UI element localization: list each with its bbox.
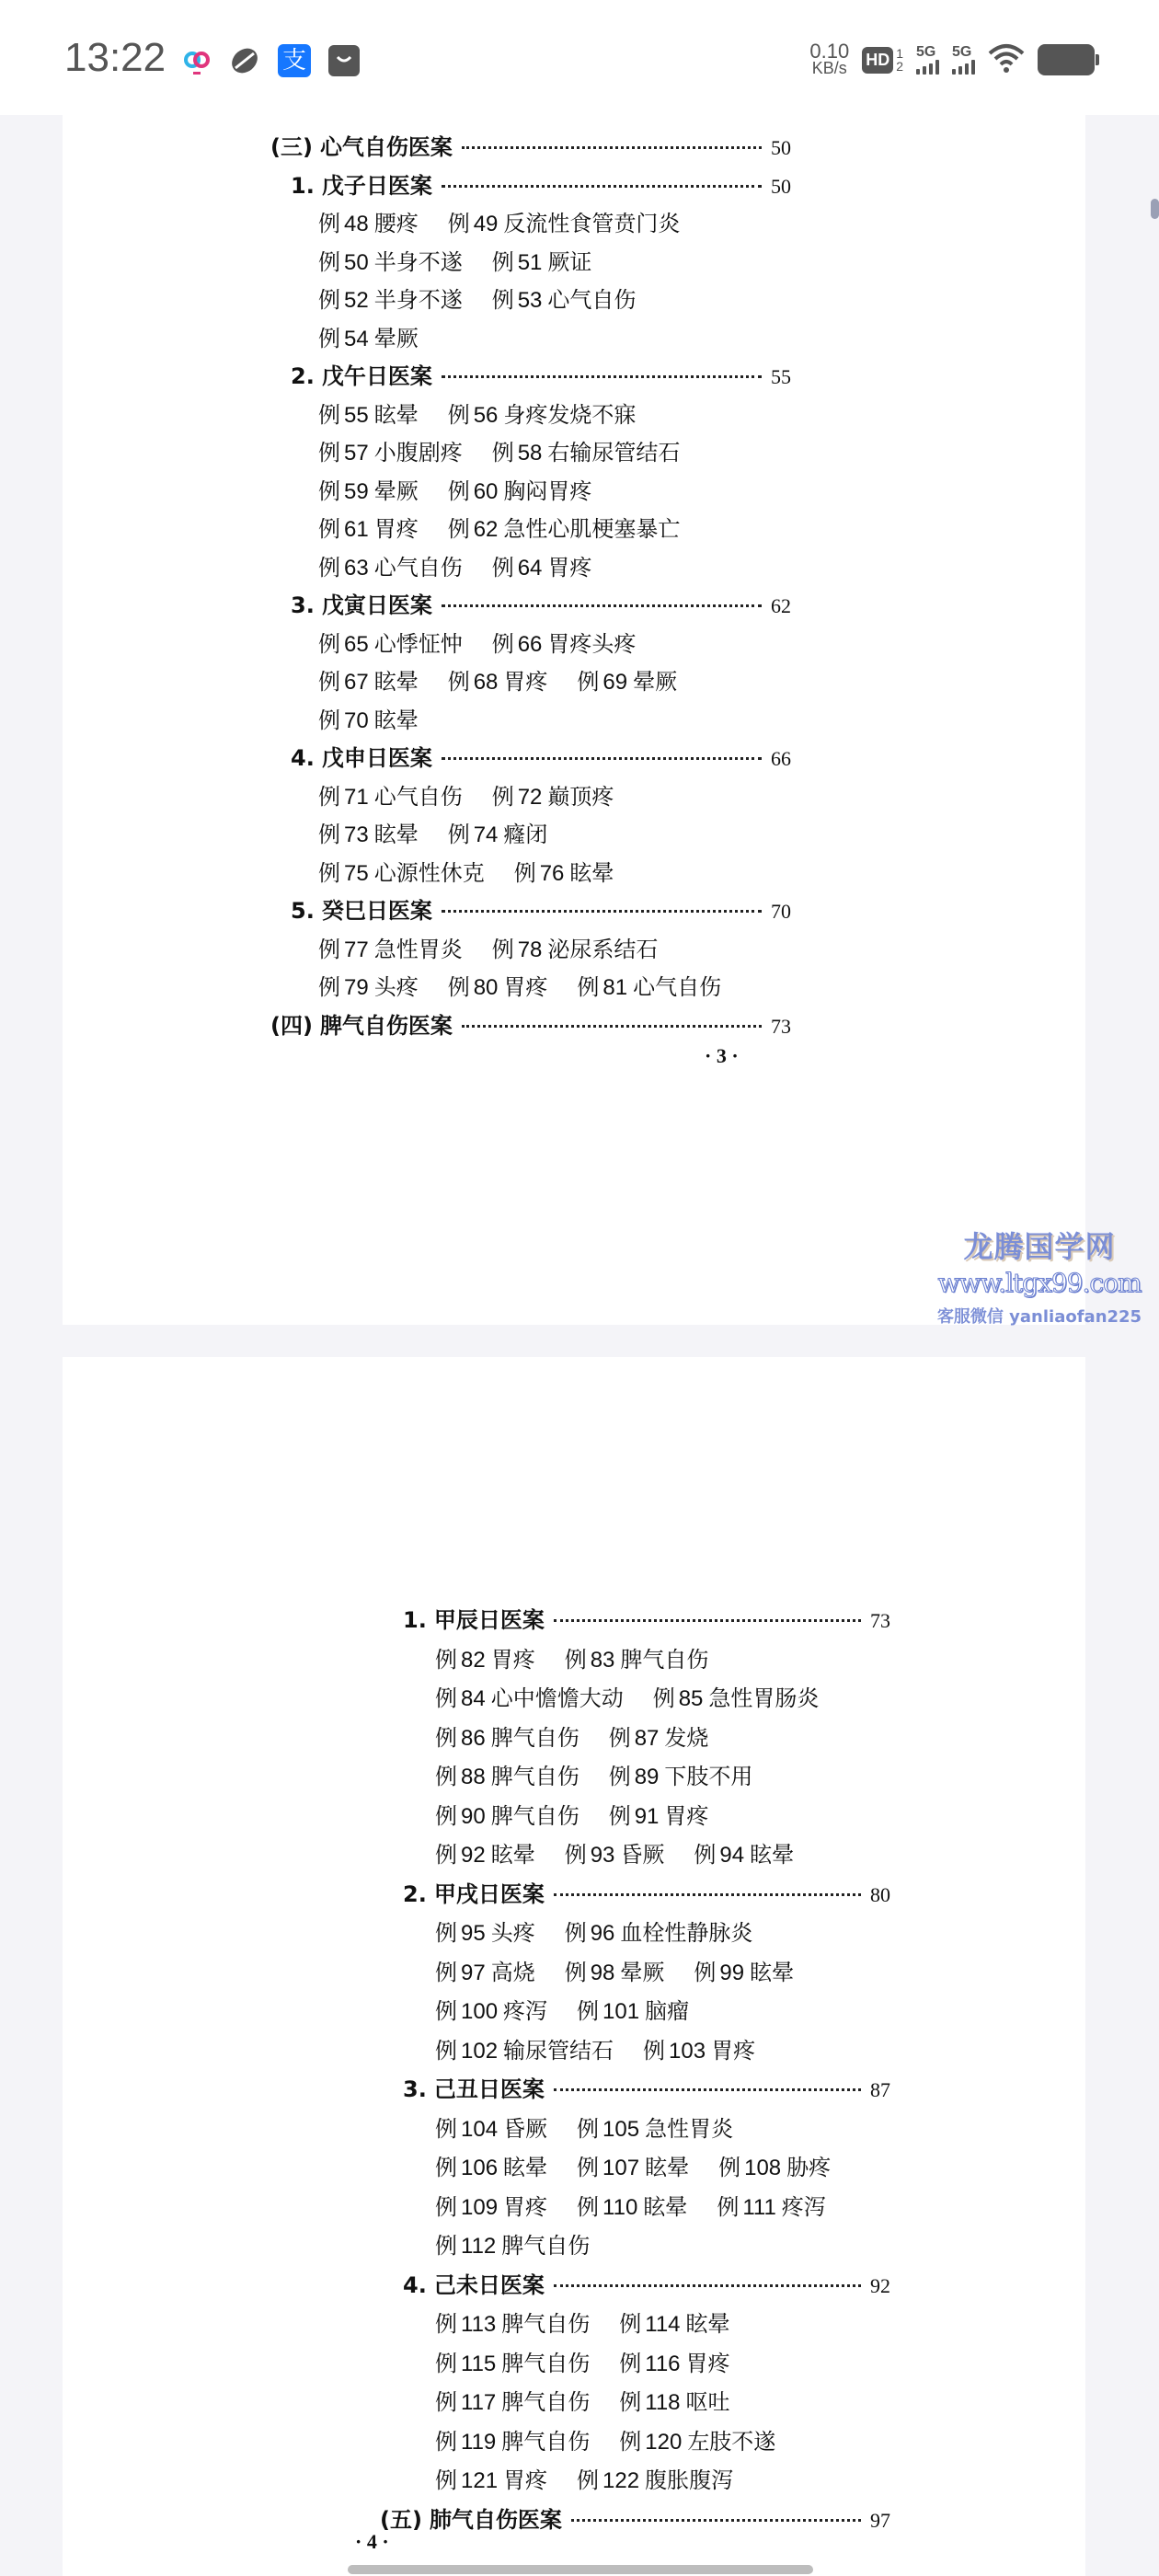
case-entry[interactable]: 例65心悸怔忡 bbox=[318, 630, 463, 659]
horizontal-scrollbar[interactable] bbox=[348, 2565, 813, 2574]
case-entry[interactable]: 例49反流性食管贲门炎 bbox=[448, 210, 681, 238]
toc-subsection-entry[interactable]: 2.甲戌日医案80 bbox=[403, 1880, 890, 1909]
page-number: · 4 · bbox=[355, 2530, 389, 2554]
dot-leader bbox=[442, 604, 762, 607]
case-entry[interactable]: 例100疼泻 bbox=[435, 1997, 547, 2026]
toc-case-line: 例92眩晕例93昏厥例94眩晕 bbox=[435, 1841, 823, 1869]
dot-leader bbox=[442, 185, 762, 188]
case-entry[interactable]: 例91胃疼 bbox=[609, 1802, 709, 1831]
dot-leader bbox=[442, 375, 762, 378]
case-entry[interactable]: 例111疼泻 bbox=[717, 2193, 825, 2222]
case-entry[interactable]: 例75心源性休克 bbox=[318, 859, 485, 888]
tool-app-icon bbox=[228, 44, 261, 77]
case-entry[interactable]: 例70眩晕 bbox=[318, 707, 419, 735]
case-entry[interactable]: 例119脾气自伤 bbox=[435, 2428, 590, 2456]
case-entry[interactable]: 例113脾气自伤 bbox=[435, 2310, 590, 2339]
case-entry[interactable]: 例53心气自伤 bbox=[492, 286, 637, 315]
toc-case-line: 例117脾气自伤例118呕吐 bbox=[435, 2388, 760, 2417]
toc-case-line: 例63心气自伤例64胃疼 bbox=[318, 554, 621, 582]
case-entry[interactable]: 例95头疼 bbox=[435, 1919, 535, 1948]
entry-number: (三) bbox=[270, 133, 313, 161]
toc-case-line: 例57小腹剧疼例58右输尿管结石 bbox=[318, 439, 709, 467]
case-entry[interactable]: 例79头疼 bbox=[318, 973, 419, 1002]
case-entry[interactable]: 例86脾气自伤 bbox=[435, 1724, 579, 1753]
toc-case-line: 例88脾气自伤例89下肢不用 bbox=[435, 1763, 782, 1791]
toc-case-line: 例71心气自伤例72巅顶疼 bbox=[318, 783, 643, 811]
entry-title: 戊申日医案 bbox=[322, 744, 432, 772]
toc-case-line: 例90脾气自伤例91胃疼 bbox=[435, 1802, 738, 1831]
case-entry[interactable]: 例61胃疼 bbox=[318, 515, 419, 544]
case-entry[interactable]: 例74癃闭 bbox=[448, 821, 548, 849]
toc-case-line: 例112脾气自伤 bbox=[435, 2232, 619, 2260]
entry-title: 甲辰日医案 bbox=[434, 1606, 545, 1634]
baidu-netdisk-icon bbox=[180, 44, 213, 77]
entry-page-number: 50 bbox=[771, 173, 791, 201]
case-entry[interactable]: 例122腹胀腹泻 bbox=[577, 2467, 733, 2495]
case-entry[interactable]: 例62急性心肌梗塞暴亡 bbox=[448, 515, 681, 544]
toc-subsection-entry[interactable]: 4.己未日医案92 bbox=[403, 2271, 890, 2300]
entry-page-number: 62 bbox=[771, 592, 791, 620]
toc-case-line: 例65心悸怔忡例66胃疼头疼 bbox=[318, 630, 665, 659]
entry-page-number: 66 bbox=[771, 745, 791, 773]
toc-subsection-entry[interactable]: 3.戊寅日医案62 bbox=[291, 592, 791, 620]
case-entry[interactable]: 例87发烧 bbox=[609, 1724, 709, 1753]
case-entry[interactable]: 例108胁疼 bbox=[718, 2154, 831, 2182]
document-page-3: (三)心气自伤医案501.戊子日医案50例48腰疼例49反流性食管贲门炎例50半… bbox=[63, 115, 1085, 1325]
entry-title: 肺气自伤医案 bbox=[430, 2506, 562, 2534]
case-entry[interactable]: 例110眩晕 bbox=[577, 2193, 687, 2222]
dot-leader bbox=[571, 2519, 861, 2522]
case-entry[interactable]: 例88脾气自伤 bbox=[435, 1763, 579, 1791]
toc-case-line: 例75心源性休克例76眩晕 bbox=[318, 859, 643, 888]
document-page-4: 1.甲辰日医案73例82胃疼例83脾气自伤例84心中憺憺大动例85急性胃肠炎例8… bbox=[63, 1357, 1085, 2576]
toc-case-line: 例102输尿管结石例103胃疼 bbox=[435, 2037, 785, 2065]
entry-number: 3. bbox=[403, 2076, 427, 2103]
toc-case-line: 例106眩晕例107眩晕例108胁疼 bbox=[435, 2154, 860, 2182]
toc-case-line: 例86脾气自伤例87发烧 bbox=[435, 1724, 738, 1753]
watermark-contact: 客服微信 yanliaofan225 bbox=[920, 1304, 1159, 1328]
case-entry[interactable]: 例102输尿管结石 bbox=[435, 2037, 614, 2065]
case-entry[interactable]: 例118呕吐 bbox=[619, 2388, 729, 2417]
toc-subsection-entry[interactable]: 4.戊申日医案66 bbox=[291, 744, 791, 773]
case-entry[interactable]: 例93昏厥 bbox=[565, 1841, 665, 1869]
dot-leader bbox=[462, 146, 762, 149]
case-entry[interactable]: 例115脾气自伤 bbox=[435, 2350, 590, 2378]
entry-title: 心气自伤医案 bbox=[320, 133, 453, 161]
case-entry[interactable]: 例90脾气自伤 bbox=[435, 1802, 579, 1831]
case-entry[interactable]: 例54晕厥 bbox=[318, 325, 419, 353]
toc-section-entry[interactable]: (五)肺气自伤医案97 bbox=[380, 2506, 890, 2535]
entry-title: 戊子日医案 bbox=[322, 172, 432, 200]
entry-page-number: 55 bbox=[771, 363, 791, 391]
case-entry[interactable]: 例81心气自伤 bbox=[577, 973, 721, 1002]
watermark-url: www.ltgx99.com bbox=[920, 1268, 1159, 1298]
case-entry[interactable]: 例107眩晕 bbox=[577, 2154, 689, 2182]
entry-number: 4. bbox=[291, 744, 315, 772]
toc-case-line: 例113脾气自伤例114眩晕 bbox=[435, 2310, 760, 2339]
case-entry[interactable]: 例51厥证 bbox=[492, 248, 592, 277]
case-entry[interactable]: 例99眩晕 bbox=[694, 1959, 794, 1987]
toc-subsection-entry[interactable]: 3.己丑日医案87 bbox=[403, 2076, 890, 2104]
case-entry[interactable]: 例101脑瘤 bbox=[577, 1997, 689, 2026]
entry-number: (五) bbox=[380, 2506, 422, 2534]
case-entry[interactable]: 例83脾气自伤 bbox=[565, 1646, 709, 1674]
entry-page-number: 87 bbox=[870, 2076, 890, 2104]
entry-title: 脾气自伤医案 bbox=[320, 1012, 453, 1040]
case-entry[interactable]: 例66胃疼头疼 bbox=[492, 630, 637, 659]
case-entry[interactable]: 例63心气自伤 bbox=[318, 554, 463, 582]
entry-title: 甲戌日医案 bbox=[434, 1880, 545, 1908]
toc-case-line: 例119脾气自伤例120左肢不遂 bbox=[435, 2428, 805, 2456]
toc-case-line: 例54晕厥 bbox=[318, 325, 448, 353]
case-entry[interactable]: 例96血栓性静脉炎 bbox=[565, 1919, 753, 1948]
case-entry[interactable]: 例72巅顶疼 bbox=[492, 783, 614, 811]
case-entry[interactable]: 例112脾气自伤 bbox=[435, 2232, 590, 2260]
case-entry[interactable]: 例52半身不遂 bbox=[318, 286, 463, 315]
dot-leader bbox=[554, 1619, 861, 1622]
entry-page-number: 73 bbox=[771, 1013, 791, 1041]
case-entry[interactable]: 例85急性胃肠炎 bbox=[653, 1685, 820, 1713]
signal-sim1-icon: 5G bbox=[916, 45, 939, 75]
case-entry[interactable]: 例77急性胃炎 bbox=[318, 936, 463, 964]
toc-case-line: 例59晕厥例60胸闷胃疼 bbox=[318, 477, 621, 506]
toc-case-line: 例84心中憺憺大动例85急性胃肠炎 bbox=[435, 1685, 848, 1713]
case-entry[interactable]: 例48腰疼 bbox=[318, 210, 419, 238]
case-entry[interactable]: 例92眩晕 bbox=[435, 1841, 535, 1869]
case-entry[interactable]: 例94眩晕 bbox=[694, 1841, 794, 1869]
entry-number: 1. bbox=[403, 1606, 427, 1634]
toc-subsection-entry[interactable]: 1.戊子日医案50 bbox=[291, 172, 791, 201]
case-entry[interactable]: 例67眩晕 bbox=[318, 668, 419, 696]
case-entry[interactable]: 例64胃疼 bbox=[492, 554, 592, 582]
toc-case-line: 例52半身不遂例53心气自伤 bbox=[318, 286, 665, 315]
case-entry[interactable]: 例80胃疼 bbox=[448, 973, 548, 1002]
case-entry[interactable]: 例78泌尿系结石 bbox=[492, 936, 659, 964]
toc-case-line: 例50半身不遂例51厥证 bbox=[318, 248, 621, 277]
signal-sim2-icon: 5G bbox=[952, 45, 975, 75]
toc-case-line: 例55眩晕例56身疼发烧不寐 bbox=[318, 401, 665, 430]
status-bar: 13:22 支 0.10 KB/s HD 1 2 5G 5G bbox=[0, 0, 1159, 115]
volte-indicator: HD 1 2 bbox=[862, 47, 903, 74]
toc-case-line: 例115脾气自伤例116胃疼 bbox=[435, 2350, 760, 2378]
alipay-icon: 支 bbox=[278, 44, 311, 77]
toc-subsection-entry[interactable]: 1.甲辰日医案73 bbox=[403, 1606, 890, 1635]
case-entry[interactable]: 例71心气自伤 bbox=[318, 783, 463, 811]
entry-title: 戊寅日医案 bbox=[322, 592, 432, 619]
case-entry[interactable]: 例98晕厥 bbox=[565, 1959, 665, 1987]
dot-leader bbox=[554, 2284, 861, 2287]
case-entry[interactable]: 例82胃疼 bbox=[435, 1646, 535, 1674]
toc-case-line: 例82胃疼例83脾气自伤 bbox=[435, 1646, 738, 1674]
case-entry[interactable]: 例56身疼发烧不寐 bbox=[448, 401, 637, 430]
network-speed: 0.10 KB/s bbox=[809, 43, 849, 76]
battery-icon bbox=[1038, 44, 1095, 75]
toc-case-line: 例97高烧例98晕厥例99眩晕 bbox=[435, 1959, 823, 1987]
toc-case-line: 例48腰疼例49反流性食管贲门炎 bbox=[318, 210, 709, 238]
entry-page-number: 73 bbox=[870, 1607, 890, 1635]
dot-leader bbox=[554, 1893, 861, 1896]
entry-title: 戊午日医案 bbox=[322, 362, 432, 390]
case-entry[interactable]: 例120左肢不遂 bbox=[619, 2428, 775, 2456]
case-entry[interactable]: 例97高烧 bbox=[435, 1959, 535, 1987]
case-entry[interactable]: 例57小腹剧疼 bbox=[318, 439, 463, 467]
case-entry[interactable]: 例60胸闷胃疼 bbox=[448, 477, 592, 506]
entry-number: 1. bbox=[291, 172, 315, 200]
watermark: 龙腾国学网 www.ltgx99.com 客服微信 yanliaofan225 bbox=[920, 1224, 1159, 1328]
entry-title: 己未日医案 bbox=[434, 2271, 545, 2299]
toc-case-line: 例67眩晕例68胃疼例69晕厥 bbox=[318, 668, 706, 696]
toc-case-line: 例100疼泻例101脑瘤 bbox=[435, 1997, 718, 2026]
entry-title: 癸巳日医案 bbox=[322, 897, 432, 925]
entry-title: 己丑日医案 bbox=[434, 2076, 545, 2103]
case-entry[interactable]: 例116胃疼 bbox=[619, 2350, 729, 2378]
toc-subsection-entry[interactable]: 2.戊午日医案55 bbox=[291, 362, 791, 391]
case-entry[interactable]: 例114眩晕 bbox=[619, 2310, 729, 2339]
entry-number: 2. bbox=[403, 1880, 427, 1908]
case-entry[interactable]: 例89下肢不用 bbox=[609, 1763, 753, 1791]
entry-number: 5. bbox=[291, 897, 315, 925]
case-entry[interactable]: 例117脾气自伤 bbox=[435, 2388, 590, 2417]
case-entry[interactable]: 例84心中憺憺大动 bbox=[435, 1685, 624, 1713]
case-entry[interactable]: 例105急性胃炎 bbox=[577, 2115, 733, 2144]
case-entry[interactable]: 例73眩晕 bbox=[318, 821, 419, 849]
case-entry[interactable]: 例106眩晕 bbox=[435, 2154, 547, 2182]
case-entry[interactable]: 例69晕厥 bbox=[577, 668, 677, 696]
entry-page-number: 97 bbox=[870, 2507, 890, 2535]
status-indicators: 0.10 KB/s HD 1 2 5G 5G bbox=[809, 37, 1095, 83]
toc-case-line: 例95头疼例96血栓性静脉炎 bbox=[435, 1919, 782, 1948]
dot-leader bbox=[442, 757, 762, 760]
toc-case-line: 例79头疼例80胃疼例81心气自伤 bbox=[318, 973, 751, 1002]
entry-page-number: 50 bbox=[771, 134, 791, 162]
case-entry[interactable]: 例104昏厥 bbox=[435, 2115, 547, 2144]
clock: 13:22 bbox=[64, 35, 166, 81]
entry-number: (四) bbox=[270, 1012, 313, 1040]
toc-section-entry[interactable]: (四)脾气自伤医案73 bbox=[270, 1012, 791, 1041]
case-entry[interactable]: 例121胃疼 bbox=[435, 2467, 547, 2495]
entry-number: 2. bbox=[291, 362, 315, 390]
case-entry[interactable]: 例59晕厥 bbox=[318, 477, 419, 506]
case-entry[interactable]: 例103胃疼 bbox=[643, 2037, 755, 2065]
page-number: · 3 · bbox=[705, 1044, 739, 1068]
case-entry[interactable]: 例109胃疼 bbox=[435, 2193, 547, 2222]
case-entry[interactable]: 例76眩晕 bbox=[514, 859, 614, 888]
entry-page-number: 80 bbox=[870, 1881, 890, 1909]
toc-section-entry[interactable]: (三)心气自伤医案50 bbox=[270, 133, 791, 162]
hd-icon: HD bbox=[862, 47, 893, 74]
dot-leader bbox=[462, 1025, 762, 1028]
toc-subsection-entry[interactable]: 5.癸巳日医案70 bbox=[291, 897, 791, 926]
entry-number: 4. bbox=[403, 2271, 427, 2299]
toc-case-line: 例73眩晕例74癃闭 bbox=[318, 821, 577, 849]
wifi-icon bbox=[988, 42, 1025, 77]
case-entry[interactable]: 例50半身不遂 bbox=[318, 248, 463, 277]
toc-case-line: 例70眩晕 bbox=[318, 707, 448, 735]
vertical-scrollbar[interactable] bbox=[1151, 199, 1159, 219]
toc-case-line: 例77急性胃炎例78泌尿系结石 bbox=[318, 936, 687, 964]
toc-case-line: 例61胃疼例62急性心肌梗塞暴亡 bbox=[318, 515, 709, 544]
store-app-icon bbox=[327, 44, 361, 77]
case-entry[interactable]: 例55眩晕 bbox=[318, 401, 419, 430]
toc-case-line: 例104昏厥例105急性胃炎 bbox=[435, 2115, 763, 2144]
toc-case-line: 例121胃疼例122腹胀腹泻 bbox=[435, 2467, 763, 2495]
watermark-title: 龙腾国学网 bbox=[920, 1224, 1159, 1266]
toc-case-line: 例109胃疼例110眩晕例111疼泻 bbox=[435, 2193, 855, 2222]
entry-page-number: 92 bbox=[870, 2272, 890, 2300]
entry-number: 3. bbox=[291, 592, 315, 619]
case-entry[interactable]: 例58右输尿管结石 bbox=[492, 439, 681, 467]
case-entry[interactable]: 例68胃疼 bbox=[448, 668, 548, 696]
dot-leader bbox=[442, 910, 762, 913]
entry-page-number: 70 bbox=[771, 898, 791, 926]
dot-leader bbox=[554, 2088, 861, 2091]
